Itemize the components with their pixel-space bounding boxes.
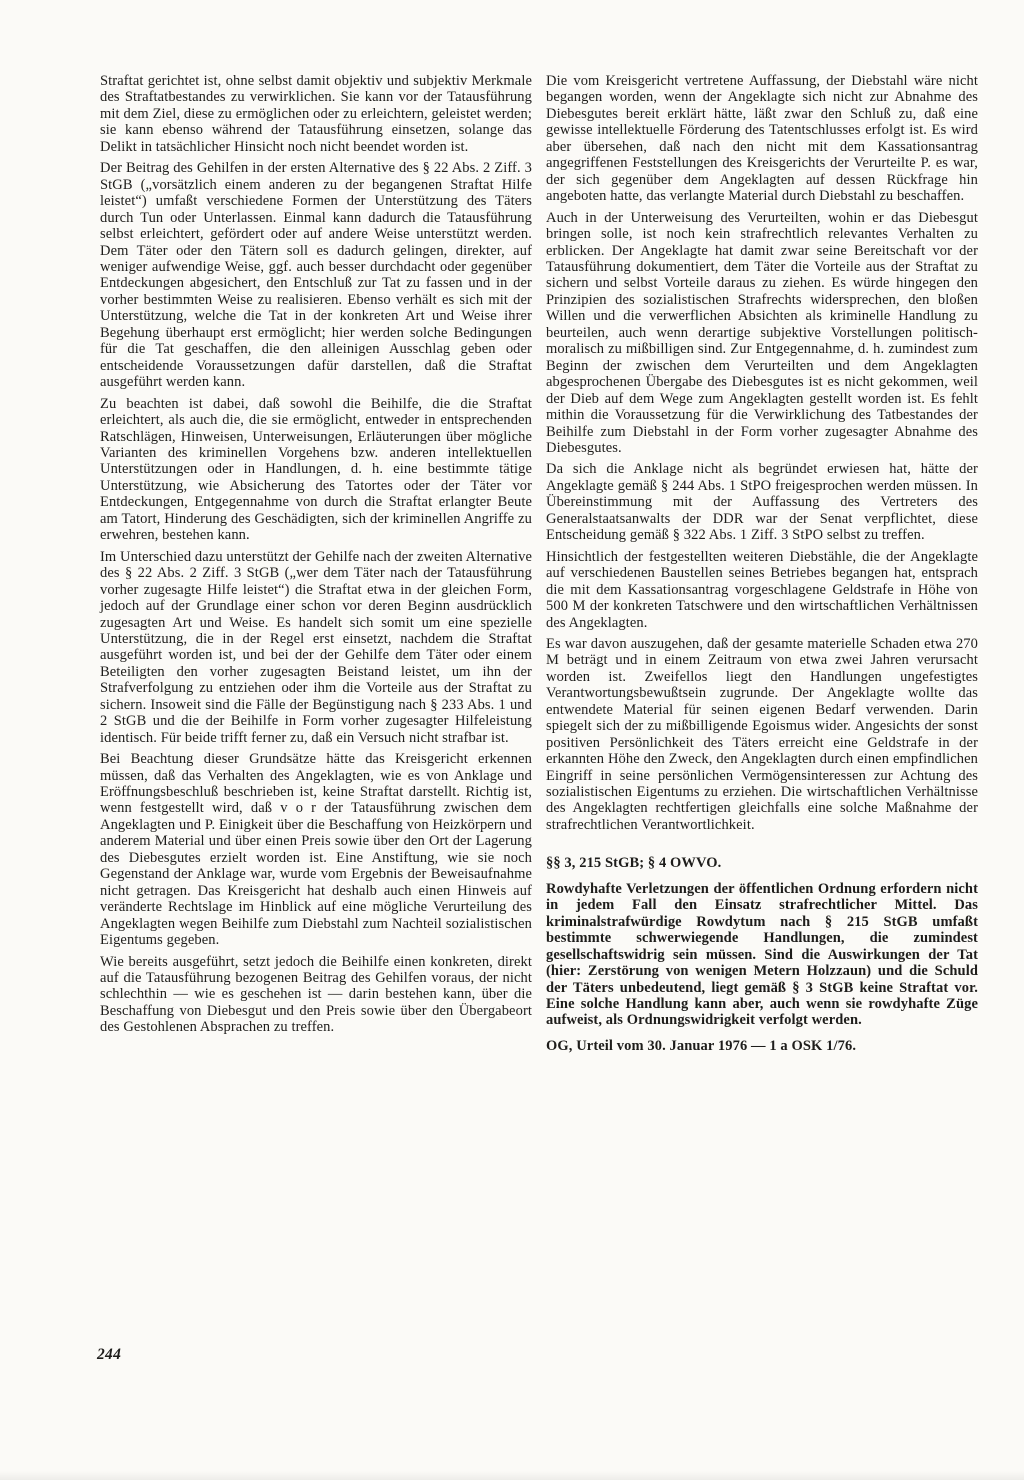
paragraph: Da sich die Anklage nicht als begründet …: [546, 461, 978, 543]
left-column: Straftat gerichtet ist, ohne selbst dami…: [100, 73, 532, 1041]
scan-edge-shadow: [0, 1471, 1024, 1480]
section-heading: §§ 3, 215 StGB; § 4 OWVO.: [546, 855, 978, 871]
scanned-page: Straftat gerichtet ist, ohne selbst dami…: [0, 0, 1024, 1480]
paragraph: Straftat gerichtet ist, ohne selbst dami…: [100, 73, 532, 155]
paragraph: Im Unterschied dazu unterstützt der Gehi…: [100, 549, 532, 746]
paragraph: Wie bereits ausgeführt, setzt jedoch die…: [100, 954, 532, 1036]
paragraph: Es war davon auszugehen, daß der gesamte…: [546, 636, 978, 833]
paragraph: Bei Beachtung dieser Grundsätze hätte da…: [100, 751, 532, 948]
page-number: 244: [97, 1346, 121, 1364]
paragraph: Der Beitrag des Gehilfen in der ersten A…: [100, 160, 532, 390]
right-column: Die vom Kreisgericht vertretene Auffassu…: [546, 73, 978, 1059]
paragraph: Auch in der Unterweisung des Verurteilte…: [546, 210, 978, 457]
paragraph: Hinsichtlich der festgestellten weiteren…: [546, 549, 978, 631]
paragraph: Die vom Kreisgericht vertretene Auffassu…: [546, 73, 978, 205]
headnote-paragraph: Rowdyhafte Verletzungen der öffentlichen…: [546, 881, 978, 1029]
citation: OG, Urteil vom 30. Januar 1976 — 1 a OSK…: [546, 1038, 978, 1054]
paragraph: Zu beachten ist dabei, daß sowohl die Be…: [100, 396, 532, 544]
